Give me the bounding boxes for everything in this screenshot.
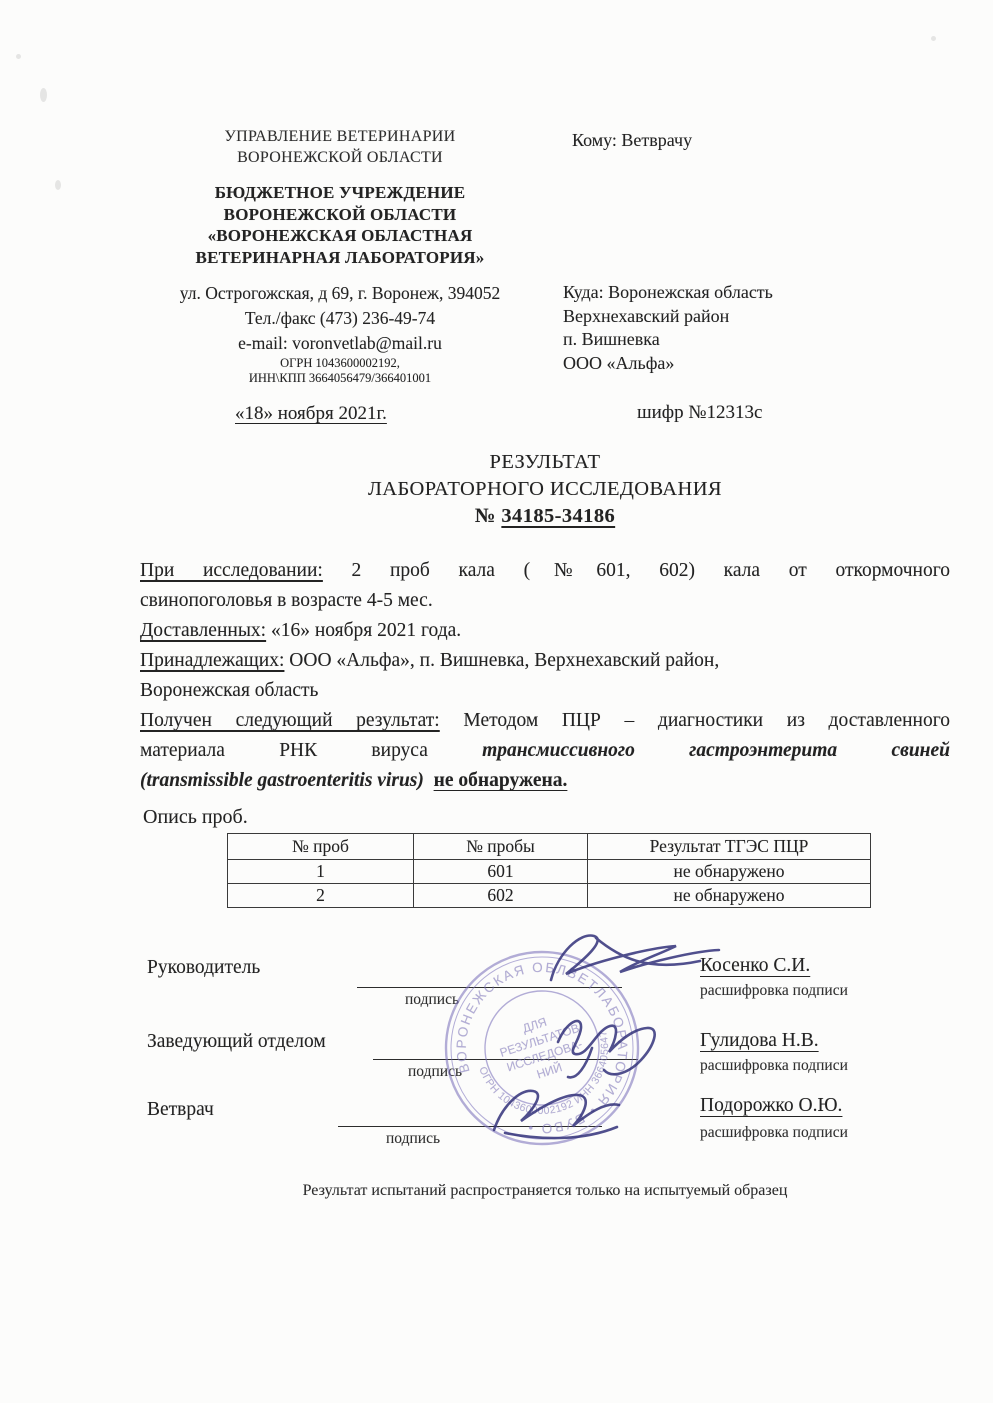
phone-line: Тел./факс (473) 236-49-74 (150, 306, 530, 331)
research-text: 2 проб кала (№601, 602) кала от откормоч… (352, 560, 950, 581)
cell-sample-no: 2 (228, 884, 414, 908)
role-label-vet: Ветврач (147, 1099, 214, 1121)
result-text-plain: материала РНК вируса (140, 740, 428, 761)
table-row: 2 602 не обнаружено (228, 884, 871, 908)
research-label: При исследовании: (140, 560, 323, 581)
cell-result: не обнаружено (588, 884, 871, 908)
col-header-result: Результат ТГЭС ПЦР (588, 834, 871, 860)
scan-artifact (16, 54, 21, 59)
report-number-prefix: № (475, 505, 502, 527)
document-title: РЕЗУЛЬТАТ ЛАБОРАТОРНОГО ИССЛЕДОВАНИЯ № 3… (140, 449, 950, 530)
footer-note: Результат испытаний распространяется тол… (140, 1182, 950, 1200)
scan-artifact (55, 180, 61, 190)
name-caption: расшифровка подписи (700, 1057, 848, 1075)
signee-name: Подорожко О.Ю. (700, 1095, 842, 1117)
cell-probe-no: 601 (414, 860, 588, 884)
ogrn-line: ОГРН 1043600002192, (150, 356, 530, 371)
body-line-owner-cont: Воронежская область (140, 676, 950, 706)
body-line-research: При исследовании: 2 проб кала (№601, 602… (140, 556, 950, 586)
body-line-owner: Принадлежащих: ООО «Альфа», п. Вишневка,… (140, 646, 950, 676)
signee-name: Гулидова Н.В. (700, 1030, 819, 1052)
table-row: 1 601 не обнаружено (228, 860, 871, 884)
result-text: Методом ПЦР – диагностики из доставленно… (463, 710, 950, 731)
authority-name: УПРАВЛЕНИЕ ВЕТЕРИНАРИИ ВОРОНЕЖСКОЙ ОБЛАС… (150, 126, 530, 168)
report-body: При исследовании: 2 проб кала (№601, 602… (140, 556, 950, 796)
body-line-result-3: (transmissible gastroenteritis virus) не… (140, 766, 950, 796)
report-number-value: 34185-34186 (501, 505, 615, 527)
body-line-research-cont: свинопоголовья в возрасте 4-5 мес. (140, 586, 950, 616)
organization-name: БЮДЖЕТНОЕ УЧРЕЖДЕНИЕ ВОРОНЕЖСКОЙ ОБЛАСТИ… (150, 182, 530, 268)
role-label-dept-head: Заведующий отделом (147, 1031, 326, 1053)
name-caption: расшифровка подписи (700, 1124, 848, 1142)
org-line: ВОРОНЕЖСКОЙ ОБЛАСТИ (150, 204, 530, 226)
destination-line: п. Вишневка (563, 328, 773, 352)
contact-block: ул. Острогожская, д 69, г. Воронеж, 3940… (150, 281, 530, 386)
title-line-2: ЛАБОРАТОРНОГО ИССЛЕДОВАНИЯ (140, 476, 950, 503)
cell-probe-no: 602 (414, 884, 588, 908)
recipient-to: Кому: Ветврачу (572, 130, 692, 151)
samples-table: № проб № пробы Результат ТГЭС ПЦР 1 601 … (227, 833, 871, 908)
samples-caption: Опись проб. (143, 806, 248, 829)
org-line: ВЕТЕРИНАРНАЯ ЛАБОРАТОРИЯ» (150, 247, 530, 269)
lab-stamp-icon: ВОРОНЕЖСКАЯ ОБЛВЕТЛАБОРАТОРИЯ • БУВО • О… (412, 918, 672, 1178)
cell-sample-no: 1 (228, 860, 414, 884)
issue-date: «18» ноября 2021г. (235, 403, 387, 425)
org-line: БЮДЖЕТНОЕ УЧРЕЖДЕНИЕ (150, 182, 530, 204)
inn-kpp-line: ИНН\КПП 3664056479/366401001 (150, 371, 530, 386)
org-line: «ВОРОНЕЖСКАЯ ОБЛАСТНАЯ (150, 225, 530, 247)
name-caption: расшифровка подписи (700, 982, 848, 1000)
destination-block: Куда: Воронежская область Верхнехавский … (563, 281, 773, 375)
col-header-sample-no: № проб (228, 834, 414, 860)
owner-label: Принадлежащих: (140, 650, 284, 671)
table-header-row: № проб № пробы Результат ТГЭС ПЦР (228, 834, 871, 860)
body-line-result-2: материала РНК вируса трансмиссивного гас… (140, 736, 950, 766)
owner-text: ООО «Альфа», п. Вишневка, Верхнехавский … (289, 650, 719, 671)
delivered-label: Доставленных: (140, 620, 266, 641)
scan-artifact (40, 88, 47, 102)
stamp-center-text: ДЛЯ РЕЗУЛЬТАТОВ ИССЛЕДОВА- НИЙ (493, 1006, 591, 1091)
authority-line: УПРАВЛЕНИЕ ВЕТЕРИНАРИИ (150, 126, 530, 147)
col-header-probe-no: № пробы (414, 834, 588, 860)
body-line-delivered: Доставленных: «16» ноября 2021 года. (140, 616, 950, 646)
cipher-code: шифр №12313с (637, 402, 762, 424)
result-verdict: не обнаружена. (434, 770, 568, 791)
title-line-1: РЕЗУЛЬТАТ (140, 449, 950, 476)
destination-line: Верхнехавский район (563, 305, 773, 329)
address-line: ул. Острогожская, д 69, г. Воронеж, 3940… (150, 281, 530, 306)
signee-name: Косенко С.И. (700, 955, 810, 977)
virus-name-ru: трансмиссивного гастроэнтерита свиней (482, 740, 950, 761)
destination-line: ООО «Альфа» (563, 352, 773, 376)
virus-name-en: (transmissible gastroenteritis virus) (140, 770, 424, 791)
destination-line: Куда: Воронежская область (563, 281, 773, 305)
email-line: e-mail: voronvetlab@mail.ru (150, 331, 530, 356)
report-number: № 34185-34186 (140, 503, 950, 530)
body-line-result: Получен следующий результат: Методом ПЦР… (140, 706, 950, 736)
cell-result: не обнаружено (588, 860, 871, 884)
result-label: Получен следующий результат: (140, 710, 440, 731)
authority-line: ВОРОНЕЖСКОЙ ОБЛАСТИ (150, 147, 530, 168)
scan-artifact (931, 36, 936, 41)
role-label-director: Руководитель (147, 957, 260, 979)
stamp-ring-text: ВОРОНЕЖСКАЯ ОБЛВЕТЛАБОРАТОРИЯ • БУВО • (431, 937, 653, 1159)
letterhead: УПРАВЛЕНИЕ ВЕТЕРИНАРИИ ВОРОНЕЖСКОЙ ОБЛАС… (150, 126, 530, 386)
scanned-lab-report-page: УПРАВЛЕНИЕ ВЕТЕРИНАРИИ ВОРОНЕЖСКОЙ ОБЛАС… (0, 0, 993, 1403)
delivered-text: «16» ноября 2021 года. (271, 620, 461, 641)
